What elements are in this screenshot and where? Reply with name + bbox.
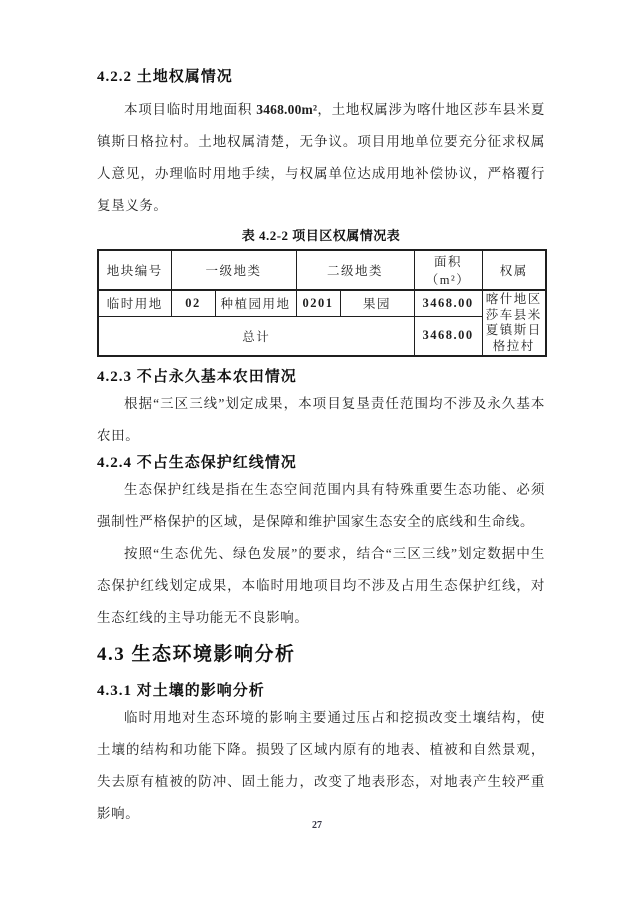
heading-4-3: 4.3 生态环境影响分析	[97, 642, 545, 668]
area-figure: 3468.00m²	[256, 102, 317, 117]
table-total-row: 总计 3468.00	[98, 316, 546, 356]
cell-area: 3468.00	[414, 290, 482, 316]
cell-total-label: 总计	[98, 316, 414, 356]
paragraph-text: 本项目临时用地面积	[124, 102, 256, 117]
paragraph-4-2-2: 本项目临时用地面积 3468.00m²，土地权属涉为喀什地区莎车县米夏镇斯日格拉…	[97, 94, 545, 222]
table-header-row: 地块编号 一级地类 二级地类 面积（m²） 权属	[98, 250, 546, 290]
cell-level1-name: 种植园用地	[215, 290, 296, 316]
table-row: 临时用地 02 种植园用地 0201 果园 3468.00 喀什地区莎车县米夏镇…	[98, 290, 546, 316]
cell-ownership: 喀什地区莎车县米夏镇斯日格拉村	[482, 290, 546, 356]
paragraph-4-2-4-1: 生态保护红线是指在生态空间范围内具有特殊重要生态功能、必须强制性严格保护的区域，…	[97, 474, 545, 538]
cell-total-area: 3468.00	[414, 316, 482, 356]
header-ownership: 权属	[482, 250, 546, 290]
page-number: 27	[0, 820, 634, 831]
table-caption: 表 4.2-2 项目区权属情况表	[97, 227, 545, 245]
paragraph-4-2-3: 根据“三区三线”划定成果，本项目复垦责任范围均不涉及永久基本农田。	[97, 388, 545, 452]
ownership-table: 地块编号 一级地类 二级地类 面积（m²） 权属 临时用地 02 种植园用地 0…	[97, 249, 547, 357]
header-area: 面积（m²）	[414, 250, 482, 290]
heading-4-2-4: 4.2.4 不占生态保护红线情况	[97, 452, 545, 474]
paragraph-4-3-1: 临时用地对生态环境的影响主要通过压占和挖损改变土壤结构，使土壤的结构和功能下降。…	[97, 702, 545, 830]
paragraph-4-2-4-2: 按照“生态优先、绿色发展”的要求，结合“三区三线”划定数据中生态保护红线划定成果…	[97, 538, 545, 634]
cell-level1-code: 02	[171, 290, 215, 316]
heading-4-2-2: 4.2.2 土地权属情况	[97, 66, 545, 88]
header-plot-id: 地块编号	[98, 250, 171, 290]
page-content: 4.2.2 土地权属情况 本项目临时用地面积 3468.00m²，土地权属涉为喀…	[97, 0, 545, 830]
header-level1: 一级地类	[171, 250, 296, 290]
document-page: 4.2.2 土地权属情况 本项目临时用地面积 3468.00m²，土地权属涉为喀…	[0, 0, 634, 897]
header-level2: 二级地类	[296, 250, 414, 290]
paragraph-text: ，土地权属涉为喀什地区莎车县米夏镇斯日格拉村。土地权属清楚，无争议。项目用地单位…	[97, 102, 545, 213]
heading-4-2-3: 4.2.3 不占永久基本农田情况	[97, 366, 545, 388]
heading-4-3-1: 4.3.1 对土壤的影响分析	[97, 680, 545, 702]
cell-level2-name: 果园	[340, 290, 414, 316]
cell-plot-id: 临时用地	[98, 290, 171, 316]
cell-level2-code: 0201	[296, 290, 340, 316]
